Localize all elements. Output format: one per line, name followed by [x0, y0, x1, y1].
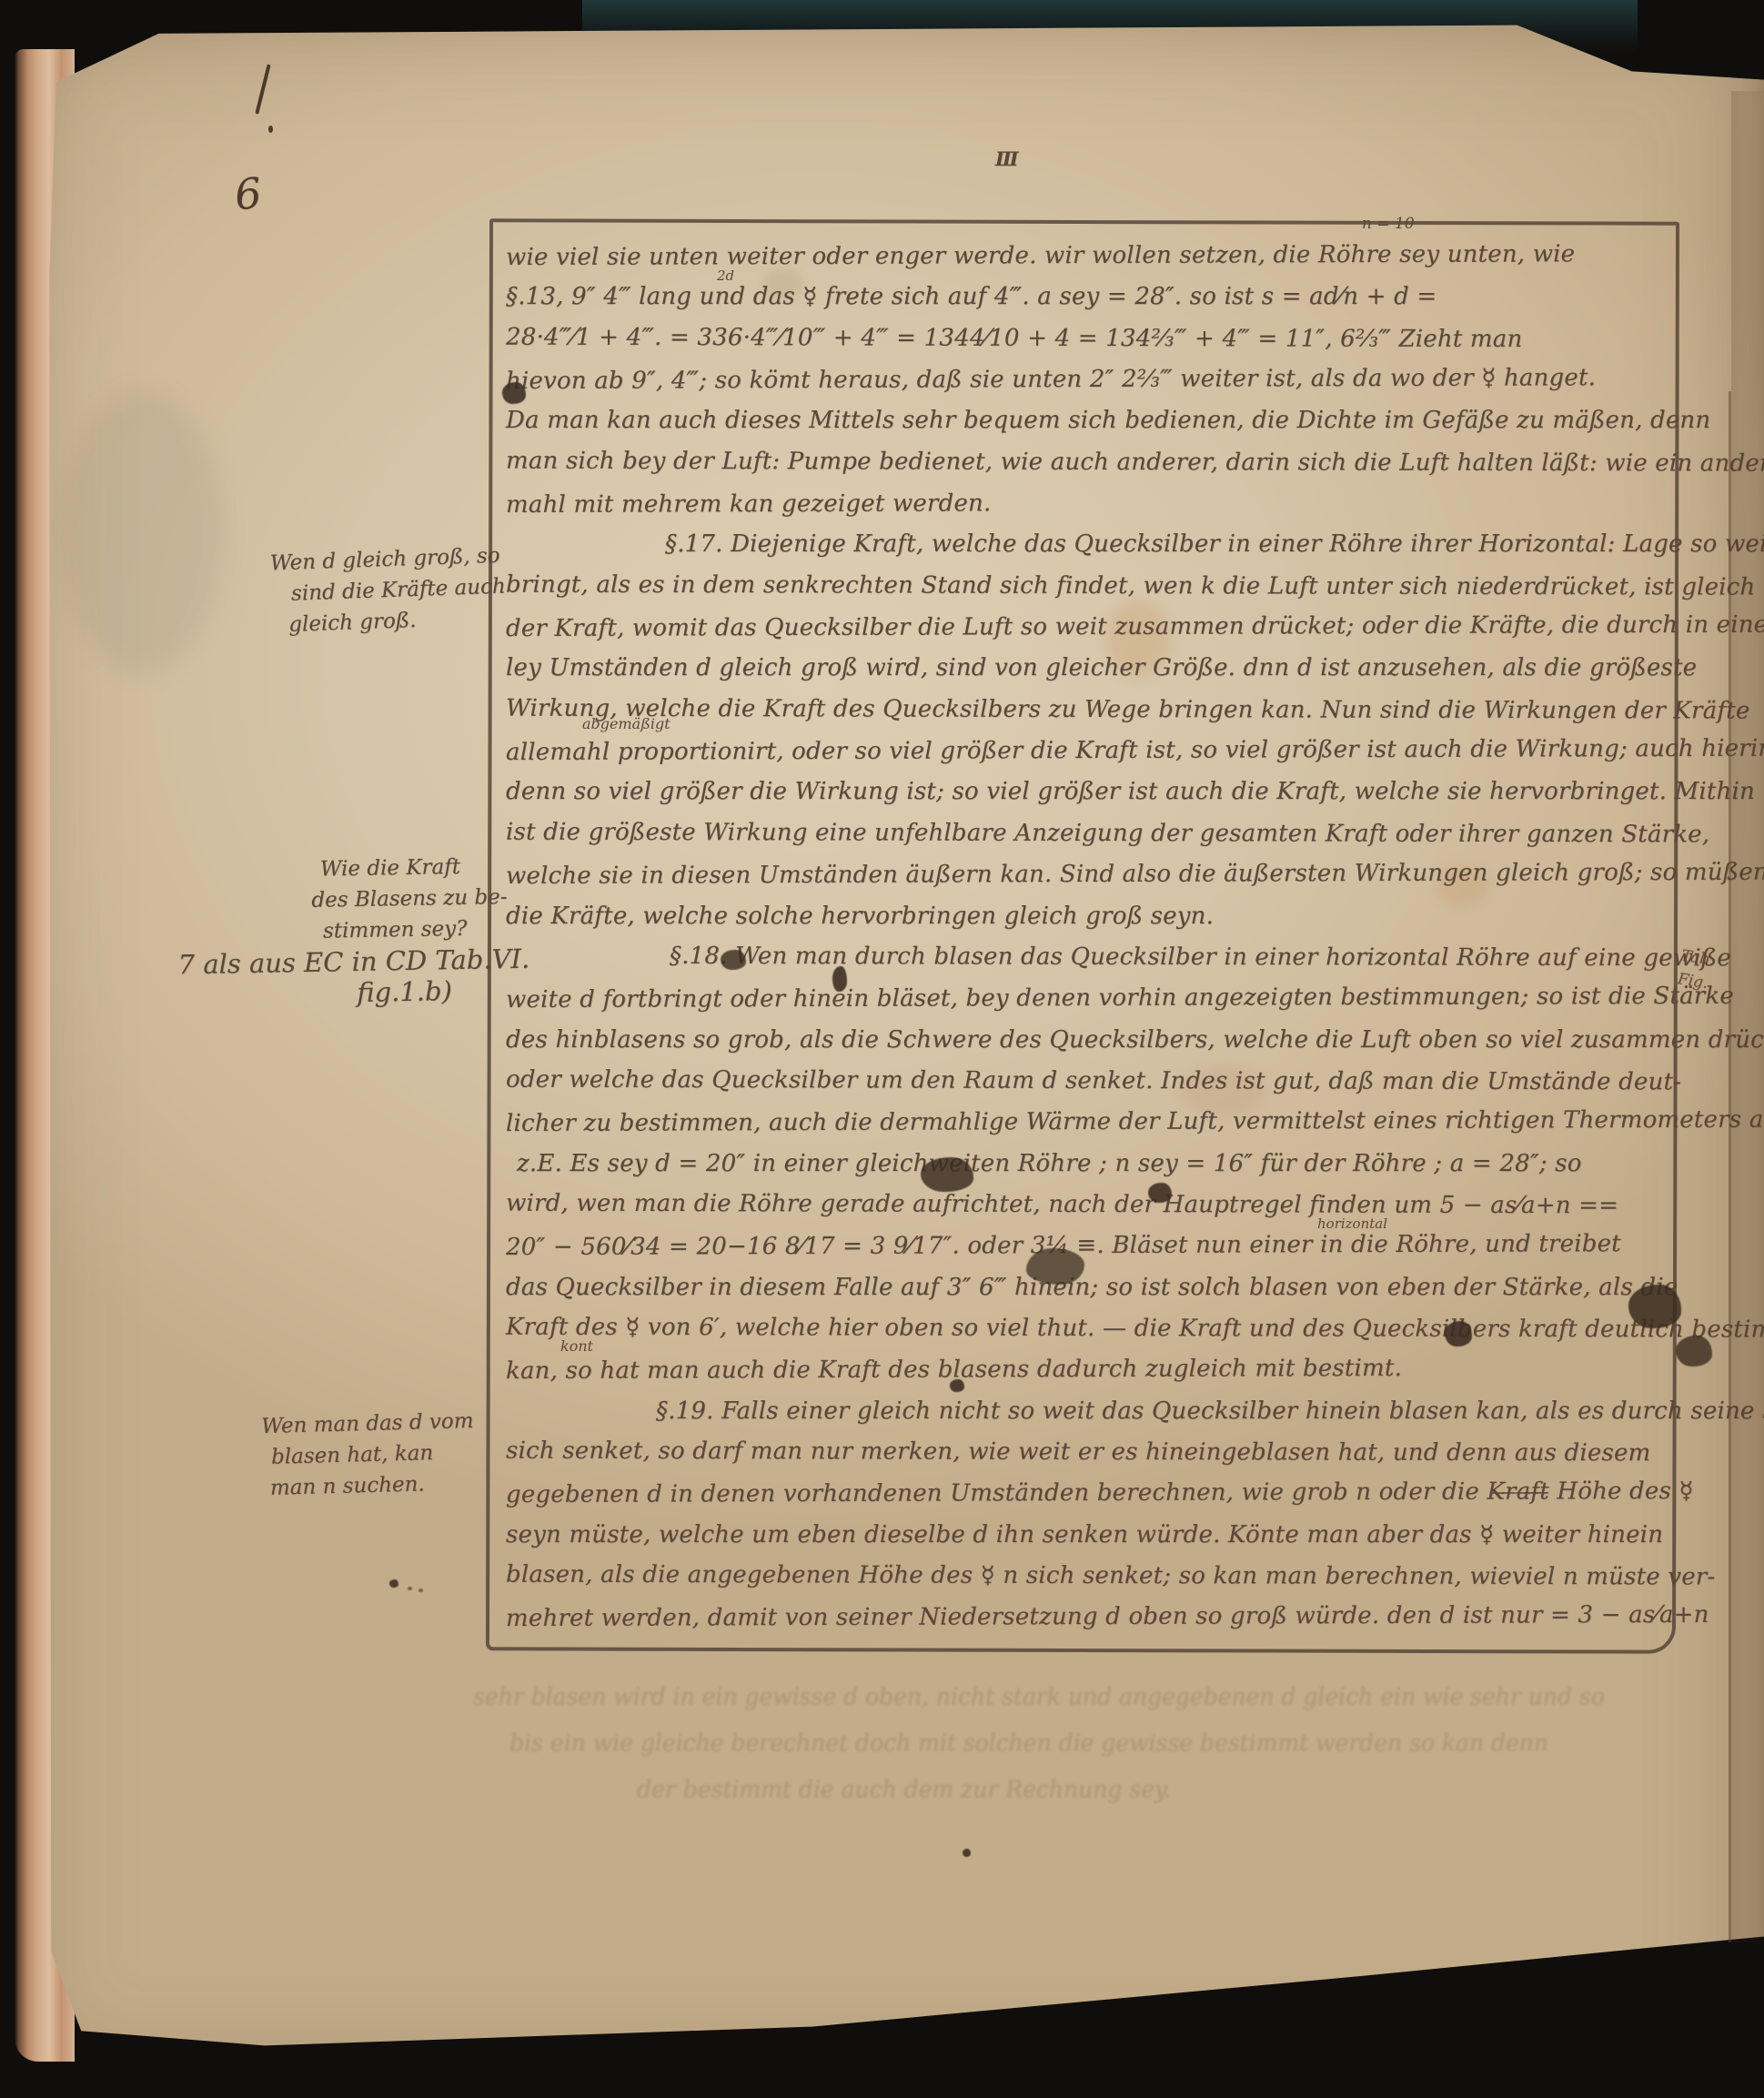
- interlinear-note: 2d: [717, 267, 734, 284]
- manuscript-line: weite d fortbringt oder hinein bläset, b…: [506, 976, 1672, 1021]
- manuscript-line: z.E. Es sey d = 20″ in einer gleichweite…: [517, 1144, 1672, 1185]
- manuscript-line: des hinblasens so grob, als die Schwere …: [506, 1020, 1672, 1061]
- manuscript-line: Da man kan auch dieses Mittels sehr bequ…: [506, 400, 1672, 441]
- margin-note-line: gleich groß.: [288, 601, 508, 640]
- ink-blot: [1676, 1336, 1712, 1367]
- manuscript-text-block: wie viel sie unten weiter oder enger wer…: [506, 236, 1672, 1639]
- manuscript-line: gegebenen d in denen vorhandenen Umständ…: [506, 1471, 1672, 1516]
- page-fold-shadow: [1731, 91, 1764, 1942]
- manuscript-line: man sich bey der Luft: Pumpe bedienet, w…: [506, 440, 1672, 484]
- manuscript-line: wie viel sie unten weiter oder enger wer…: [506, 234, 1672, 278]
- manuscript-line: das Quecksilber in diesem Falle auf 3″ 6…: [506, 1267, 1672, 1308]
- ink-blot: [1148, 1183, 1172, 1203]
- margin-note-line: stimmen sey?: [323, 913, 529, 947]
- margin-note-line: fig.1.b): [357, 974, 530, 1008]
- manuscript-line: sich senket, so darf man nur merken, wie…: [506, 1431, 1672, 1475]
- bleedthrough-line: bis ein wie gleiche berechnet doch mit s…: [509, 1720, 1674, 1766]
- manuscript-line: Wirkung, welche die Kraft des Quecksilbe…: [506, 688, 1672, 731]
- manuscript-line: der Kraft, womit das Quecksilber die Luf…: [506, 605, 1672, 650]
- manuscript-line: ley Umständen d gleich groß wird, sind v…: [506, 648, 1672, 689]
- interlinear-note: abgemäßigt: [582, 715, 670, 732]
- bleedthrough-line: der bestimmt die auch dem zur Rechnung s…: [637, 1766, 1674, 1812]
- manuscript-line: die Kräfte, welche solche hervorbringen …: [506, 896, 1672, 937]
- ink-blot: [950, 1379, 964, 1392]
- manuscript-line: mahl mit mehrem kan gezeiget werden.: [506, 481, 1672, 526]
- manuscript-line: 28·4‴⁄1 + 4‴. = 336·4‴⁄10‴ + 4‴ = 1344⁄1…: [506, 317, 1672, 360]
- manuscript-line: mehret werden, damit von seiner Niederse…: [506, 1595, 1672, 1639]
- ink-scribble: [1026, 1248, 1084, 1285]
- margin-note-equal-forces: Wen d gleich groß, sosind die Kräfte auc…: [269, 540, 507, 641]
- manuscript-line: seyn müste, welche um eben dieselbe d ih…: [506, 1515, 1672, 1556]
- ink-dot: [418, 1589, 423, 1592]
- ink-blot: [721, 950, 746, 970]
- folio-mark: III: [995, 147, 1016, 170]
- margin-note-line: man n suchen.: [269, 1468, 475, 1504]
- manuscript-line: §.13, 9″ 4‴ lang und das ☿ frete sich au…: [506, 277, 1672, 318]
- page-number: 6: [232, 168, 264, 220]
- ink-dot: [963, 1849, 971, 1857]
- scan-background: sehr blasen wird in ein gewisse d oben, …: [0, 0, 1764, 2098]
- manuscript-line: oder welche das Quecksilber um den Raum …: [506, 1060, 1672, 1104]
- ink-blot: [832, 966, 847, 992]
- margin-note-line: des Blasens zu be-: [311, 882, 529, 916]
- ink-dot: [408, 1587, 412, 1590]
- interlinear-note: kont: [560, 1337, 593, 1355]
- manuscript-line: allemahl proportionirt, oder so viel grö…: [506, 729, 1672, 773]
- manuscript-line: wird, wen man die Röhre gerade aufrichte…: [506, 1184, 1672, 1227]
- margin-note-find-n: Wen man das d vomblasen hat, kanman n su…: [261, 1406, 476, 1504]
- manuscript-line: blasen, als die angegebenen Höhe des ☿ n…: [506, 1555, 1672, 1599]
- manuscript-line: §.18. Wen man durch blasen das Quecksilb…: [670, 936, 1672, 980]
- manuscript-page: sehr blasen wird in ein gewisse d oben, …: [0, 0, 1764, 2098]
- manuscript-line: §.17. Diejenige Kraft, welche das Quecks…: [665, 524, 1672, 565]
- margin-note-line: Wie die Kraft: [320, 851, 529, 885]
- interlinear-note: n = 10: [1362, 215, 1415, 233]
- ink-blot: [1628, 1285, 1681, 1328]
- manuscript-line: licher zu bestimmen, auch die dermahlige…: [506, 1100, 1672, 1145]
- manuscript-line: Kraft des ☿ von 6′, welche hier oben so …: [506, 1307, 1672, 1351]
- margin-note-line: 7 als aus EC in CD Tab.VI.: [177, 943, 529, 981]
- manuscript-line: hievon ab 9″, 4‴; so kömt heraus, daß si…: [506, 358, 1672, 402]
- ink-stroke-dot: [268, 126, 273, 133]
- manuscript-line: welche sie in diesen Umständen äußern ka…: [506, 852, 1672, 897]
- ink-blot: [921, 1157, 973, 1192]
- bleedthrough-line: sehr blasen wird in ein gewisse d oben, …: [473, 1673, 1674, 1720]
- bleedthrough-text: sehr blasen wird in ein gewisse d oben, …: [473, 1673, 1674, 1812]
- paper-stain: [60, 391, 224, 673]
- ink-dot: [389, 1579, 398, 1588]
- margin-note-blowing-force: Wie die Kraftdes Blasens zu be-stimmen s…: [176, 851, 531, 1012]
- interlinear-note: horizontal: [1317, 1215, 1387, 1232]
- manuscript-line: kan, so hat man auch die Kraft des blase…: [506, 1347, 1672, 1392]
- ink-stroke-mark: [255, 64, 270, 114]
- manuscript-line: 20″ − 560⁄34 = 20−16 8⁄17 = 3 9⁄17″. ode…: [506, 1224, 1672, 1268]
- manuscript-line: bringt, als es in dem senkrechten Stand …: [506, 564, 1672, 608]
- manuscript-line: ist die größeste Wirkung eine unfehlbare…: [506, 812, 1672, 855]
- ink-blot: [1445, 1321, 1472, 1347]
- ink-blot: [502, 382, 526, 404]
- manuscript-line: denn so viel größer die Wirkung ist; so …: [506, 772, 1672, 812]
- margin-note-line: Wen man das d vom: [261, 1406, 474, 1442]
- manuscript-line: §.19. Falls einer gleich nicht so weit d…: [656, 1391, 1672, 1432]
